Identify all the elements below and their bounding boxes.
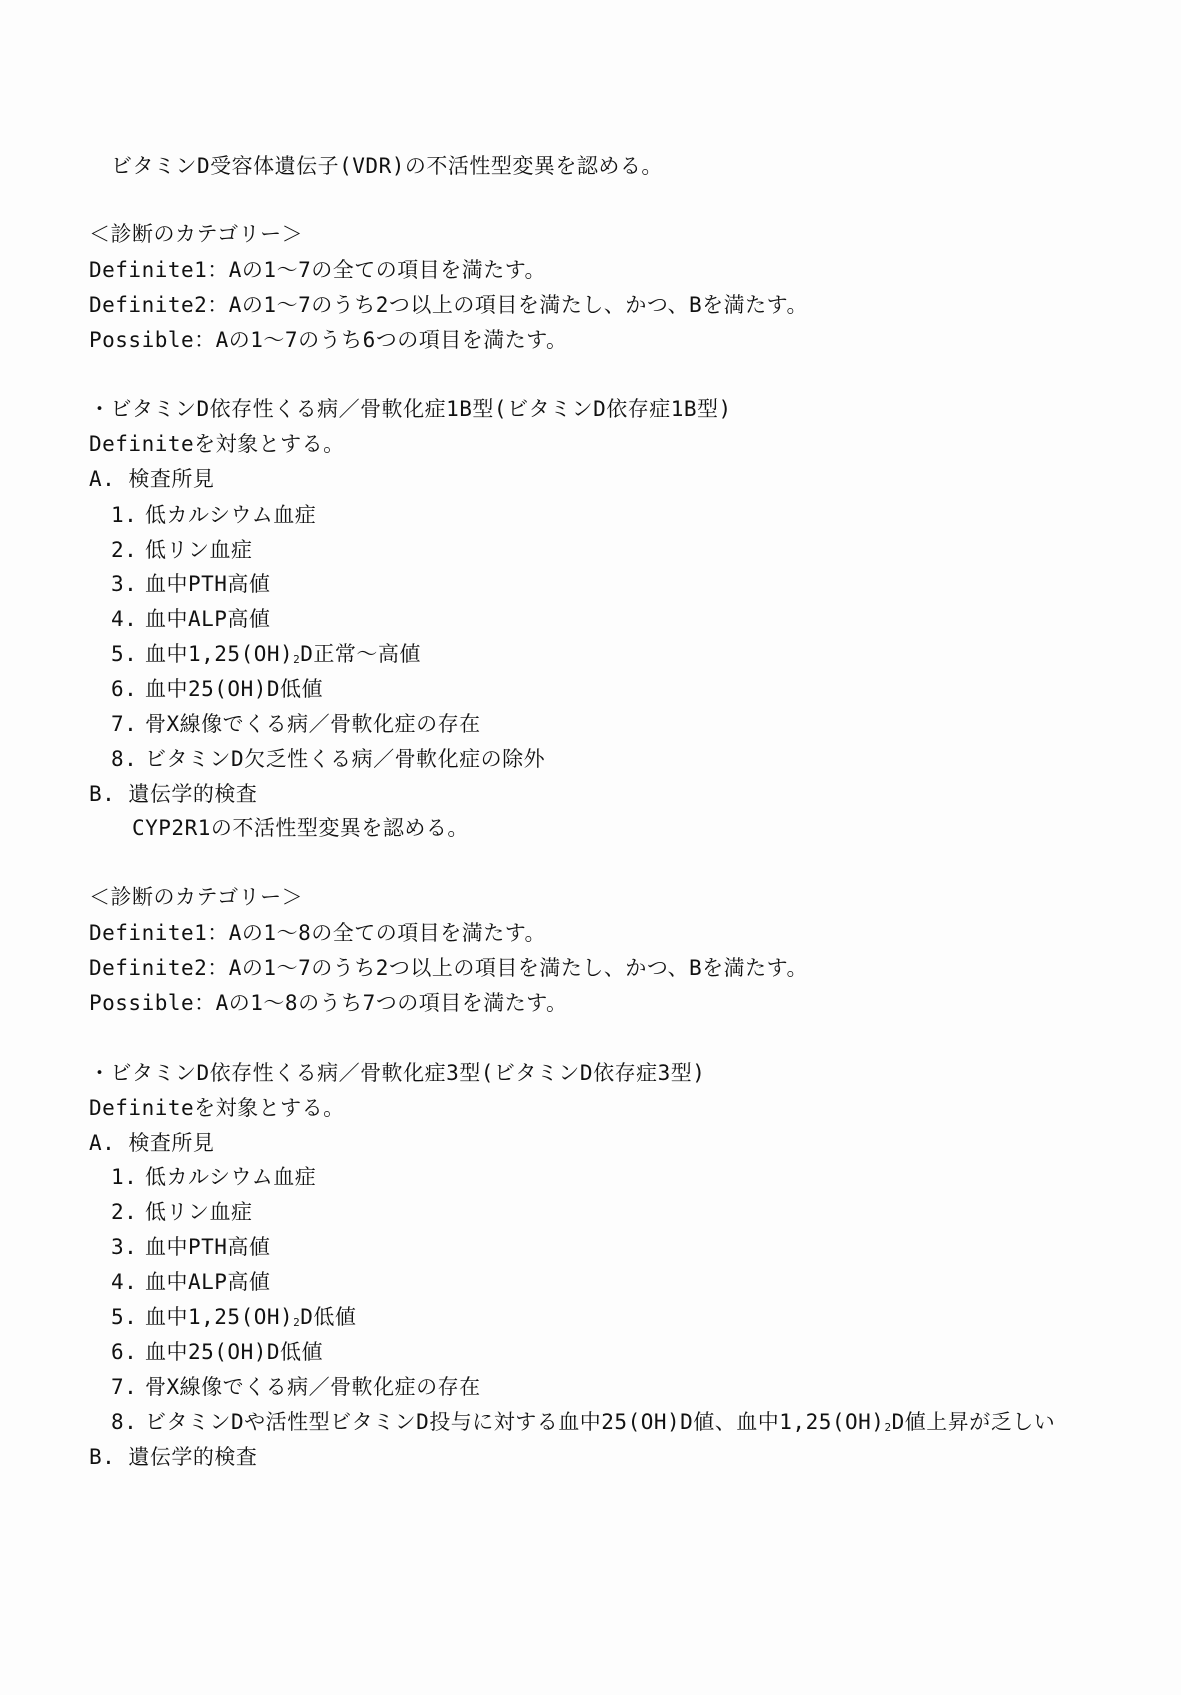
list-item: 1.低カルシウム血症 (111, 502, 316, 528)
list-item: 5.血中1,25(OH)2D正常～高値 (111, 641, 421, 667)
item-number: 8. (111, 746, 145, 772)
item-text: 血中ALP高値 (145, 607, 270, 631)
section-1b-target: Definiteを対象とする。 (89, 431, 345, 457)
item-number: 3. (111, 1234, 145, 1260)
item-subscript: 2 (884, 1421, 891, 1434)
definite1-criteria: Definite1：Aの1～8の全ての項目を満たす。 (89, 920, 546, 946)
item-text: 血中25(OH)D低値 (145, 1340, 323, 1364)
possible-criteria: Possible：Aの1～7のうち6つの項目を満たす。 (89, 327, 568, 353)
section-1b-b-heading: B. 遺伝学的検査 (89, 781, 257, 807)
list-item: 8.ビタミンD欠乏性くる病／骨軟化症の除外 (111, 746, 545, 772)
list-item: 7.骨X線像でくる病／骨軟化症の存在 (111, 711, 481, 737)
item-text: 骨X線像でくる病／骨軟化症の存在 (145, 712, 481, 736)
item-text-post: D正常～高値 (300, 642, 421, 666)
list-item: 4.血中ALP高値 (111, 1269, 270, 1295)
item-number: 4. (111, 1269, 145, 1295)
item-number: 7. (111, 711, 145, 737)
definite1-criteria: Definite1：Aの1～7の全ての項目を満たす。 (89, 257, 546, 283)
item-text-post: D低値 (300, 1305, 356, 1329)
section-1b-a-heading: A. 検査所見 (89, 466, 214, 492)
item-number: 4. (111, 606, 145, 632)
item-text-pre: ビタミンDや活性型ビタミンD投与に対する血中25(OH)D値、血中1,25(OH… (145, 1410, 884, 1434)
section-3-b-heading: B. 遺伝学的検査 (89, 1444, 257, 1470)
list-item: 2.低リン血症 (111, 1199, 253, 1225)
item-text: 血中PTH高値 (145, 1235, 270, 1259)
item-number: 1. (111, 502, 145, 528)
section-1b-b-text: CYP2R1の不活性型変異を認める。 (132, 815, 469, 841)
item-text: 低カルシウム血症 (145, 1165, 316, 1189)
item-number: 2. (111, 1199, 145, 1225)
document-page: ビタミンD受容体遺伝子(VDR)の不活性型変異を認める。 ＜診断のカテゴリー＞ … (0, 0, 1181, 1695)
list-item: 3.血中PTH高値 (111, 571, 270, 597)
section-3-title: ・ビタミンD依存性くる病／骨軟化症3型(ビタミンD依存症3型) (89, 1060, 705, 1086)
category-heading: ＜診断のカテゴリー＞ (89, 884, 303, 910)
definite2-criteria: Definite2：Aの1～7のうち2つ以上の項目を満たし、かつ、Bを満たす。 (89, 955, 808, 981)
item-number: 3. (111, 571, 145, 597)
item-text: 低カルシウム血症 (145, 503, 316, 527)
item-number: 8. (111, 1409, 145, 1435)
section-3-target: Definiteを対象とする。 (89, 1095, 345, 1121)
item-number: 5. (111, 1304, 145, 1330)
item-text-pre: 血中1,25(OH) (145, 1305, 293, 1329)
possible-criteria: Possible：Aの1～8のうち7つの項目を満たす。 (89, 990, 568, 1016)
vdr-mutation-line: ビタミンD受容体遺伝子(VDR)の不活性型変異を認める。 (111, 153, 663, 179)
list-item: 2.低リン血症 (111, 537, 253, 563)
section-1b-title: ・ビタミンD依存性くる病／骨軟化症1B型(ビタミンD依存症1B型) (89, 396, 732, 422)
list-item: 8.ビタミンDや活性型ビタミンD投与に対する血中25(OH)D値、血中1,25(… (111, 1409, 1055, 1435)
item-number: 6. (111, 1339, 145, 1365)
category-heading: ＜診断のカテゴリー＞ (89, 221, 303, 247)
list-item: 6.血中25(OH)D低値 (111, 1339, 323, 1365)
list-item: 6.血中25(OH)D低値 (111, 676, 323, 702)
item-number: 7. (111, 1374, 145, 1400)
item-text: 低リン血症 (145, 1200, 253, 1224)
item-number: 6. (111, 676, 145, 702)
item-number: 1. (111, 1164, 145, 1190)
item-text: 骨X線像でくる病／骨軟化症の存在 (145, 1375, 481, 1399)
item-text: 低リン血症 (145, 538, 253, 562)
list-item: 3.血中PTH高値 (111, 1234, 270, 1260)
list-item: 1.低カルシウム血症 (111, 1164, 316, 1190)
item-number: 5. (111, 641, 145, 667)
item-text-pre: 血中1,25(OH) (145, 642, 293, 666)
list-item: 5.血中1,25(OH)2D低値 (111, 1304, 356, 1330)
item-text: 血中PTH高値 (145, 572, 270, 596)
item-text-post: D値上昇が乏しい (892, 1410, 1056, 1434)
item-text: 血中ALP高値 (145, 1270, 270, 1294)
item-text: ビタミンD欠乏性くる病／骨軟化症の除外 (145, 747, 545, 771)
list-item: 4.血中ALP高値 (111, 606, 270, 632)
definite2-criteria: Definite2：Aの1～7のうち2つ以上の項目を満たし、かつ、Bを満たす。 (89, 292, 808, 318)
item-text: 血中25(OH)D低値 (145, 677, 323, 701)
item-number: 2. (111, 537, 145, 563)
list-item: 7.骨X線像でくる病／骨軟化症の存在 (111, 1374, 481, 1400)
section-3-a-heading: A. 検査所見 (89, 1130, 214, 1156)
